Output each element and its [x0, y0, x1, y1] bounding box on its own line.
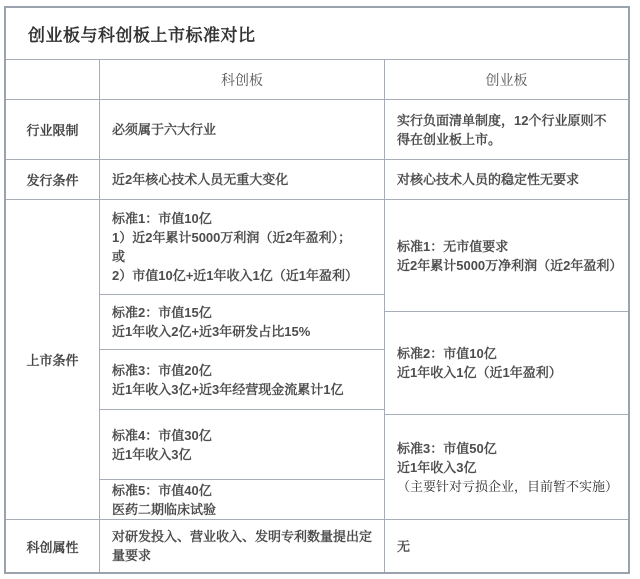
note-line: （主要针对亏损企业，目前暂不实施） — [397, 477, 616, 496]
cell-star-standard-5: 标准5：市值40亿 医药二期临床试验 — [100, 480, 384, 520]
column-header-chinext: 创业板 — [385, 60, 628, 99]
row-label-tech-attribute: 科创属性 — [6, 520, 100, 572]
text-line: 标准3：市值50亿 — [397, 439, 616, 458]
text-line: 标准2：市值10亿 — [397, 344, 616, 363]
cell-chinext-industry: 实行负面清单制度，12个行业原则不得在创业板上市。 — [385, 100, 628, 159]
text-line: 近1年收入3亿 — [397, 458, 616, 477]
cell-star-standard-3: 标准3：市值20亿 近1年收入3亿+近3年经营现金流累计1亿 — [100, 350, 384, 410]
cell-chinext-issuance: 对核心技术人员的稳定性无要求 — [385, 160, 628, 199]
title-bar: 创业板与科创板上市标准对比 — [6, 8, 628, 60]
cell-chinext-standard-2: 标准2：市值10亿 近1年收入1亿（近1年盈利） — [385, 312, 628, 415]
page: 创业板与科创板上市标准对比 科创板 创业板 行业限制 必须属于六大行业 实行负面… — [0, 0, 640, 579]
cell-chinext-standard-1: 标准1：无市值要求 近2年累计5000万净利润（近2年盈利） — [385, 200, 628, 312]
row-tech-attribute: 科创属性 对研发投入、营业收入、发明专利数量提出定量要求 无 — [6, 520, 628, 572]
text-line: 近1年收入3亿 — [112, 445, 372, 464]
text-line: 标准2：市值15亿 — [112, 303, 372, 322]
row-issuance-conditions: 发行条件 近2年核心技术人员无重大变化 对核心技术人员的稳定性无要求 — [6, 160, 628, 200]
cell-chinext-standard-3: 标准3：市值50亿 近1年收入3亿 （主要针对亏损企业，目前暂不实施） — [385, 415, 628, 520]
cell-star-standard-4: 标准4：市值30亿 近1年收入3亿 — [100, 410, 384, 480]
text-line: 近1年收入3亿+近3年经营现金流累计1亿 — [112, 380, 372, 399]
cell-star-standard-2: 标准2：市值15亿 近1年收入2亿+近3年研发占比15% — [100, 295, 384, 350]
text-line: 标准4：市值30亿 — [112, 426, 372, 445]
cell-star-standard-1: 标准1：市值10亿 1）近2年累计5000万利润（近2年盈利）； 或 2）市值1… — [100, 200, 384, 295]
row-label-issuance-conditions: 发行条件 — [6, 160, 100, 199]
comparison-table: 创业板与科创板上市标准对比 科创板 创业板 行业限制 必须属于六大行业 实行负面… — [4, 6, 630, 574]
text-line: 或 — [112, 247, 372, 266]
column-header-star-market: 科创板 — [100, 60, 385, 99]
text-line: 近1年收入2亿+近3年研发占比15% — [112, 322, 372, 341]
header-cell-empty — [6, 60, 100, 99]
row-label-listing-conditions: 上市条件 — [6, 200, 100, 519]
row-label-industry-restriction: 行业限制 — [6, 100, 100, 159]
text-line: 标准1：市值10亿 — [112, 209, 372, 228]
header-row: 科创板 创业板 — [6, 60, 628, 100]
cell-chinext-attribute: 无 — [385, 520, 628, 572]
text-line: 2）市值10亿+近1年收入1亿（近1年盈利） — [112, 266, 372, 285]
cell-star-issuance: 近2年核心技术人员无重大变化 — [100, 160, 385, 199]
text-line: 标准3：市值20亿 — [112, 361, 372, 380]
text-line: 1）近2年累计5000万利润（近2年盈利）； — [112, 228, 372, 247]
text-line: 医药二期临床试验 — [112, 500, 372, 519]
text-line: 近2年累计5000万净利润（近2年盈利） — [397, 256, 616, 275]
row-listing-conditions: 上市条件 标准1：市值10亿 1）近2年累计5000万利润（近2年盈利）； 或 … — [6, 200, 628, 520]
text-line: 标准5：市值40亿 — [112, 481, 372, 500]
text-line: 标准1：无市值要求 — [397, 237, 616, 256]
cell-star-attribute: 对研发投入、营业收入、发明专利数量提出定量要求 — [100, 520, 385, 572]
cell-star-industry: 必须属于六大行业 — [100, 100, 385, 159]
text-line: 近1年收入1亿（近1年盈利） — [397, 363, 616, 382]
star-standards-stack: 标准1：市值10亿 1）近2年累计5000万利润（近2年盈利）； 或 2）市值1… — [100, 200, 385, 519]
row-industry-restriction: 行业限制 必须属于六大行业 实行负面清单制度，12个行业原则不得在创业板上市。 — [6, 100, 628, 160]
page-title: 创业板与科创板上市标准对比 — [28, 21, 256, 46]
chinext-standards-stack: 标准1：无市值要求 近2年累计5000万净利润（近2年盈利） 标准2：市值10亿… — [385, 200, 628, 519]
